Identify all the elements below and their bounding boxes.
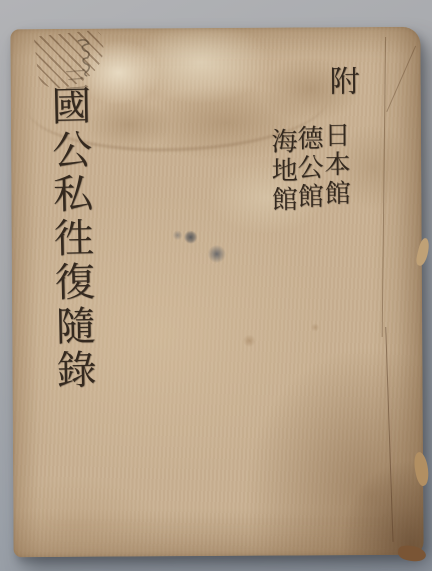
cover-crease [382, 37, 386, 337]
cover-crease [386, 46, 416, 112]
cover-crease [385, 327, 393, 542]
title-calligraphy-vertical: 國公私徃復隨錄 [45, 84, 96, 393]
annotation-column-nihonkan: 日本館 [319, 121, 349, 208]
annotation-label: 附 [319, 65, 363, 95]
annotation-column-kaichikan: 海地館 [266, 128, 296, 215]
book-cover: 三 國公私徃復隨錄 附 日本館 德公館 海地館 [10, 27, 423, 557]
photo-stage: 三 國公私徃復隨錄 附 日本館 德公館 海地館 [0, 0, 432, 571]
